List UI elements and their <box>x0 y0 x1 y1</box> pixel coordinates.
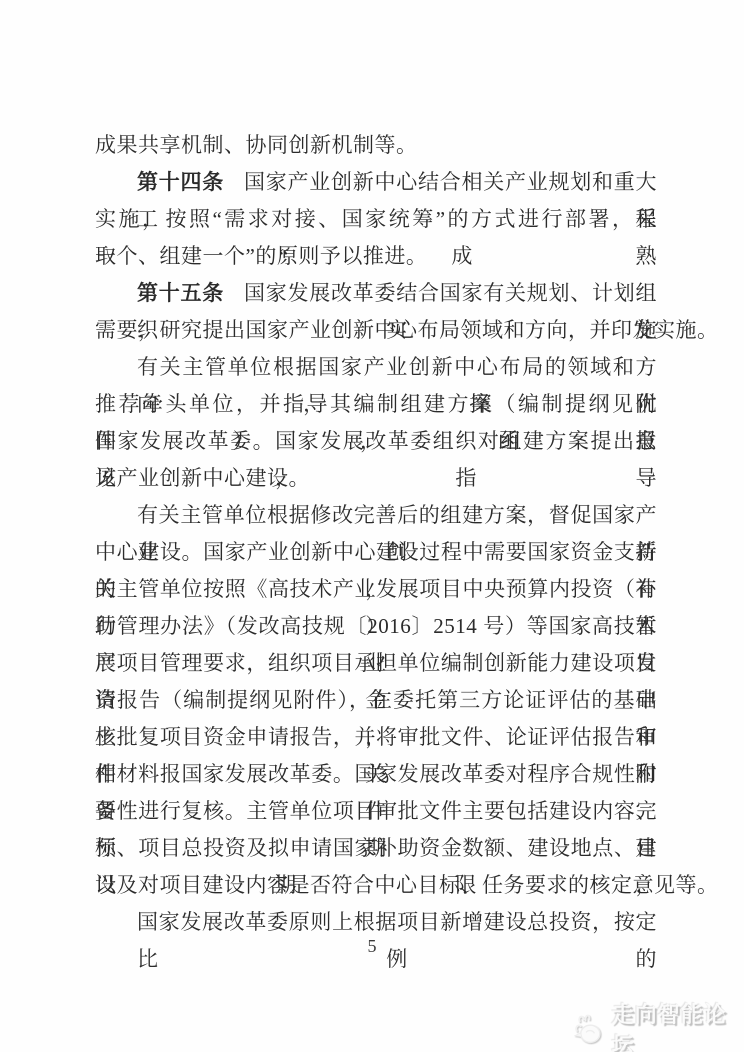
document-page: 成果共享机制、协同创新机制等。第十四条国家产业创新中心结合相关产业规划和重大工程… <box>0 0 744 1052</box>
text-line: 关主管单位按照《高技术产业发展项目中央预算内投资（补助）暂 <box>95 571 657 608</box>
text-line: 需要，研究提出国家产业创新中心布局领域和方向，并印发实施。 <box>95 312 657 349</box>
line-text: 一个、组建一个”的原则予以推进。 <box>95 244 427 268</box>
text-line: 行管理办法》（发改高技规〔2016〕2514 号）等国家高技术产业发 <box>95 608 657 645</box>
document-body: 成果共享机制、协同创新机制等。第十四条国家产业创新中心结合相关产业规划和重大工程… <box>95 127 657 941</box>
line-text: 该产业创新中心建设。 <box>95 466 310 490</box>
article-number: 第十四条 <box>137 170 224 194</box>
text-line: 有关主管单位根据修改完善后的组建方案，督促国家产业创新 <box>95 497 657 534</box>
text-line: 展项目管理要求，组织项目承担单位编制创新能力建设项目资金申 <box>95 645 657 682</box>
text-line: 以及对项目建设内容是否符合中心目标、任务要求的核定意见等。 <box>95 867 657 904</box>
watermark-text: 走向智能论坛 <box>612 998 744 1052</box>
line-text: 需要，研究提出国家产业创新中心布局领域和方向，并印发实施。 <box>95 318 719 342</box>
text-line: 实施，按照“需求对接、国家统筹”的方式进行部署，采取“成熟 <box>95 201 657 238</box>
text-line: 请报告（编制提纲见附件），在委托第三方论证评估的基础上，审 <box>95 682 657 719</box>
line-text: 以及对项目建设内容是否符合中心目标、任务要求的核定意见等。 <box>95 873 719 897</box>
text-line: 推荐牵头单位，并指导其编制组建方案（编制提纲见附件），函报 <box>95 386 657 423</box>
line-text: 成果共享机制、协同创新机制等。 <box>95 133 418 157</box>
text-line: 第十五条国家发展改革委结合国家有关规划、计划组织实施 <box>95 275 657 312</box>
text-line: 有关主管单位根据国家产业创新中心布局的领域和方向，择优 <box>95 349 657 386</box>
page-number: 5 <box>0 936 744 957</box>
text-line: 备性进行复核。主管单位项目审批文件主要包括建设内容、预期目 <box>95 793 657 830</box>
text-line: 成果共享机制、协同创新机制等。 <box>95 127 657 164</box>
text-line: 件材料报国家发展改革委。国家发展改革委对程序合规性和要件完 <box>95 756 657 793</box>
watermark: 走向智能论坛 <box>574 998 744 1052</box>
bird-logo-icon <box>574 1011 605 1047</box>
text-line: 核批复项目资金申请报告，并将审批文件、论证评估报告和相关附 <box>95 719 657 756</box>
text-line: 标、项目总投资及拟申请国家补助资金数额、建设地点、建设期限， <box>95 830 657 867</box>
article-number: 第十五条 <box>137 281 224 305</box>
text-line: 第十四条国家产业创新中心结合相关产业规划和重大工程 <box>95 164 657 201</box>
text-line: 国家发展改革委。国家发展改革委组织对组建方案提出意见，指导 <box>95 423 657 460</box>
text-line: 中心建设。国家产业创新中心建设过程中需要国家资金支持的，有 <box>95 534 657 571</box>
